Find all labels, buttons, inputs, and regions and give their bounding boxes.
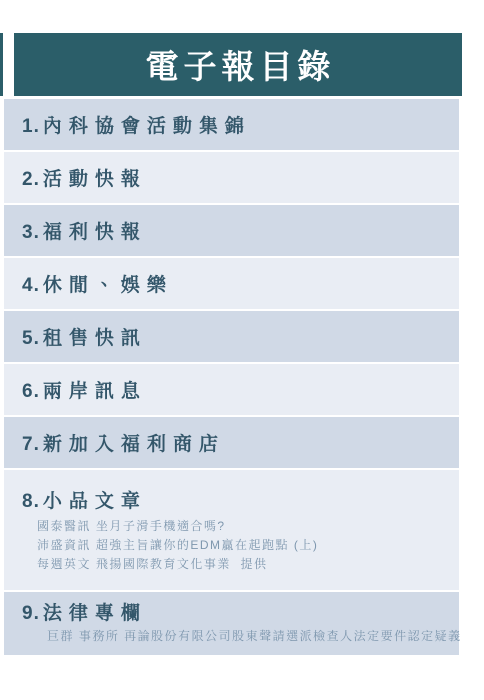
toc-item-6[interactable]: 6.兩岸訊息 bbox=[4, 364, 459, 415]
item-title: 租售快訊 bbox=[43, 328, 147, 349]
item-number: 2. bbox=[22, 169, 40, 190]
item-title: 新加入福利商店 bbox=[43, 434, 225, 455]
item-title: 內科協會活動集錦 bbox=[43, 116, 251, 137]
item-number: 1. bbox=[22, 116, 40, 137]
item-number: 5. bbox=[22, 328, 40, 349]
item-title: 活動快報 bbox=[43, 169, 147, 190]
item-number: 4. bbox=[22, 275, 40, 296]
toc-item-3[interactable]: 3.福利快報 bbox=[4, 205, 459, 256]
item-line: 8.小品文章 bbox=[22, 491, 147, 512]
item-title: 小品文章 bbox=[43, 491, 147, 512]
toc-list: 1.內科協會活動集錦 2.活動快報 3.福利快報 4.休閒、娛樂 5.租售快訊 … bbox=[4, 99, 459, 655]
toc-item-7[interactable]: 7.新加入福利商店 bbox=[4, 417, 459, 468]
item-title: 福利快報 bbox=[43, 222, 147, 243]
item-line: 4.休閒、娛樂 bbox=[22, 270, 173, 297]
toc-item-2[interactable]: 2.活動快報 bbox=[4, 152, 459, 203]
newsletter-page: { "header": { "title": "電子報目錄" }, "toc":… bbox=[0, 0, 484, 700]
item-line: 2.活動快報 bbox=[22, 164, 147, 191]
subitem-list: 國泰醫訊 坐月子滑手機適合嗎? 沛盛資訊 超強主旨讓你的EDM贏在起跑點 (上)… bbox=[37, 517, 459, 574]
item-line: 6.兩岸訊息 bbox=[22, 376, 147, 403]
item-number: 7. bbox=[22, 434, 40, 455]
item-line: 3.福利快報 bbox=[22, 217, 147, 244]
toc-subitem[interactable]: 每週英文 飛揚國際教育文化事業 提供 bbox=[37, 555, 459, 574]
item-title: 兩岸訊息 bbox=[43, 381, 147, 402]
item-title: 休閒、娛樂 bbox=[43, 275, 173, 296]
toc-item-9[interactable]: 9.法律專欄 巨群 事務所 再論股份有限公司股東聲請選派檢查人法定要件認定疑義 bbox=[4, 592, 459, 655]
left-edge-artifact bbox=[0, 33, 3, 96]
item-line: 7.新加入福利商店 bbox=[22, 429, 225, 456]
newsletter-header: 電子報目錄 bbox=[14, 33, 462, 96]
subitem-list: 巨群 事務所 再論股份有限公司股東聲請選派檢查人法定要件認定疑義 bbox=[47, 627, 459, 646]
item-number: 9. bbox=[22, 603, 40, 624]
toc-subitem[interactable]: 國泰醫訊 坐月子滑手機適合嗎? bbox=[37, 517, 459, 536]
item-line: 1.內科協會活動集錦 bbox=[22, 111, 251, 138]
item-number: 3. bbox=[22, 222, 40, 243]
toc-item-5[interactable]: 5.租售快訊 bbox=[4, 311, 459, 362]
toc-subitem[interactable]: 巨群 事務所 再論股份有限公司股東聲請選派檢查人法定要件認定疑義 bbox=[47, 627, 459, 646]
toc-item-1[interactable]: 1.內科協會活動集錦 bbox=[4, 99, 459, 150]
item-number: 6. bbox=[22, 381, 40, 402]
toc-item-4[interactable]: 4.休閒、娛樂 bbox=[4, 258, 459, 309]
item-line: 5.租售快訊 bbox=[22, 323, 147, 350]
item-line: 9.法律專欄 bbox=[22, 603, 147, 624]
item-number: 8. bbox=[22, 491, 40, 512]
toc-subitem[interactable]: 沛盛資訊 超強主旨讓你的EDM贏在起跑點 (上) bbox=[37, 536, 459, 555]
item-title: 法律專欄 bbox=[43, 603, 147, 624]
page-title: 電子報目錄 bbox=[141, 41, 336, 88]
toc-item-8[interactable]: 8.小品文章 國泰醫訊 坐月子滑手機適合嗎? 沛盛資訊 超強主旨讓你的EDM贏在… bbox=[4, 470, 459, 590]
